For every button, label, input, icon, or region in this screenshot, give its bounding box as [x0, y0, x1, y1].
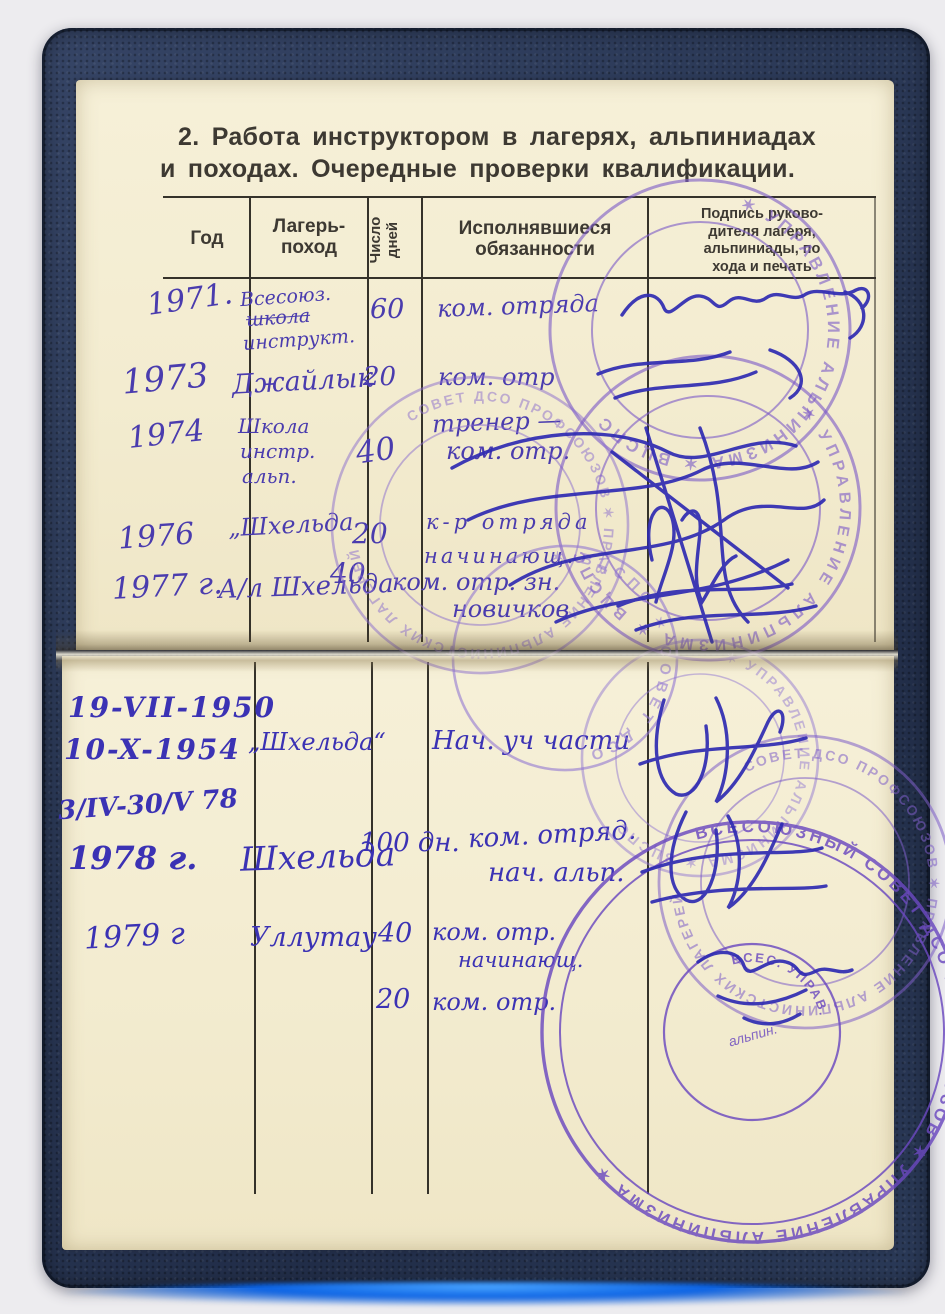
entry-1979-year: 1979 г: [83, 919, 185, 954]
entry-1978-duties: нач. альп.: [488, 860, 625, 886]
entry-1971-duties: ком. отряда: [437, 291, 600, 321]
entry-1974-camp: инстр.: [240, 441, 315, 461]
entry-1976-duties: к-р отряда: [426, 512, 592, 533]
entry-date-1950: 19-VII-1950: [68, 694, 276, 722]
entry-1977-days: 40: [330, 560, 366, 588]
col-header-year: Год: [166, 228, 248, 249]
col-header-duties-line2: обязанности: [475, 239, 595, 260]
col-header-sign-line4: хода и печать: [712, 259, 812, 275]
scanned-document: 2. Работа инструктором в лагерях, альпин…: [0, 0, 945, 1314]
section-title-line1: 2. Работа инструктором в лагерях, альпин…: [160, 122, 840, 154]
entry-1974-year: 1974: [127, 416, 206, 454]
entry-1973-camp: Джайлык: [231, 364, 374, 398]
entry-1976-days: 20: [352, 520, 388, 548]
col-header-sign-line2: дителя лагеря,: [708, 224, 816, 240]
scanner-light-glow: [60, 1282, 910, 1306]
col-header-sign-line1: Подпись руково-: [701, 206, 823, 222]
entry-1971-camp: школа: [245, 307, 310, 330]
entry-1974-days: 40: [354, 433, 397, 469]
section-title-line2: и походах. Очередные проверки квалификац…: [160, 155, 795, 183]
entry-date-1954: 10-X-1954: [64, 736, 241, 764]
entry-1979b-duties: ком. отр.: [432, 990, 556, 1014]
col-header-duties: Исполнявшиеся обязанности: [424, 218, 646, 261]
entry-1974-camp: Школа: [238, 416, 309, 436]
col-header-signature: Подпись руково- дителя лагеря, альпиниад…: [652, 206, 872, 277]
entry-1977-camp: А/л Шхельда: [218, 571, 394, 603]
col-header-duties-line1: Исполнявшиеся: [459, 218, 612, 239]
col-header-camp-line1: Лагерь-: [273, 216, 345, 237]
entry-1979-camp: Уллутау: [250, 924, 377, 951]
col-header-days: Число дней: [368, 197, 422, 283]
entry-1976-duties: начинающ.: [424, 546, 576, 567]
section-title: 2. Работа инструктором в лагерях, альпин…: [160, 122, 840, 185]
entry-1976-camp: „Шхельда: [227, 510, 354, 541]
table-col-line: [647, 196, 649, 642]
entry-1973-duties: ком. отр: [438, 365, 555, 389]
col-header-camp: Лагерь- поход: [251, 216, 367, 259]
entry-1979-duties: начинающ.: [458, 950, 583, 971]
entry-1977-duties: ком. отр. зн.: [392, 570, 560, 594]
entry-1973-year: 1973: [121, 358, 210, 399]
table-header-rule: [163, 277, 876, 279]
table-col-line: [874, 196, 876, 642]
entry-1979b-days: 20: [376, 986, 410, 1013]
entry-1977-year: 1977 г.: [111, 569, 223, 605]
entry-1974-duties: тренер —: [432, 408, 562, 436]
table-top-rule: [163, 196, 876, 198]
col-header-days-line1: Число: [367, 217, 384, 264]
entry-1979-days: 40: [378, 920, 412, 947]
entry-1971-days: 60: [370, 296, 404, 323]
entry-1978-year: 1978 г.: [68, 842, 197, 874]
entry-1976-year: 1976: [117, 519, 195, 554]
col-header-camp-line2: поход: [281, 237, 337, 258]
entry-1974-duties: ком. отр.: [446, 439, 570, 463]
table-col-line: [647, 662, 649, 1194]
entry-1977-duties: новичков: [452, 597, 569, 621]
col-header-sign-line3: альпиниады, по: [704, 241, 821, 257]
entry-1974-camp: альп.: [242, 466, 297, 486]
table-col-line: [427, 662, 429, 1194]
entry-1954-duties: Нач. уч части: [432, 728, 630, 754]
entry-1973-days: 20: [363, 364, 396, 390]
col-header-days-line2: дней: [384, 222, 401, 258]
entry-1954-camp: „Шхельда“: [248, 730, 386, 754]
entry-1979-duties: ком. отр.: [432, 920, 556, 944]
entry-1978-days: 100 дн.: [360, 830, 460, 856]
